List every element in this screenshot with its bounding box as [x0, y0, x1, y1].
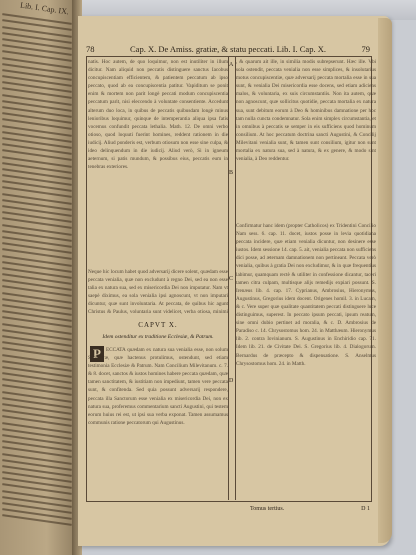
- footer-signature-title: Tomus tertius.: [250, 506, 284, 512]
- page-edge: [378, 18, 392, 543]
- column-b-bottom-text: Confirmatur hanc idem (propter Catholico…: [236, 222, 376, 498]
- column-a-mid-text: Neque hic locum habet quod adversarij di…: [88, 268, 228, 318]
- footer-signature-mark: D 1: [361, 506, 370, 512]
- chapter-subtitle: Idem ostenditur ex traditione Ecclesiæ, …: [88, 334, 228, 340]
- margin-marker-c: C: [229, 276, 233, 282]
- page-number-left: 78: [86, 44, 95, 54]
- margin-marker-b: B: [229, 170, 233, 176]
- margin-marker-d: D: [229, 378, 233, 384]
- page-footer: Tomus tertius. D 1: [250, 506, 370, 512]
- page-number-right: 79: [362, 44, 371, 54]
- left-page-text-lines: [2, 14, 72, 526]
- chapter-heading: CAPVT X.: [88, 321, 228, 329]
- running-title: Cap. X. De Amiss. gratiæ, & statu peccat…: [95, 44, 362, 54]
- column-b-top-text: , & quarum ait ille, in similia modis su…: [236, 58, 376, 218]
- margin-marker-a: A: [229, 62, 233, 68]
- column-a-top-text: natis. Hoc autem, de quo loquimur, non e…: [88, 58, 228, 254]
- left-page: Lib. I. Cap. IX.: [0, 0, 78, 555]
- column-a-bottom-text: ECCATA quædam ex natura sua venialia ess…: [88, 346, 228, 498]
